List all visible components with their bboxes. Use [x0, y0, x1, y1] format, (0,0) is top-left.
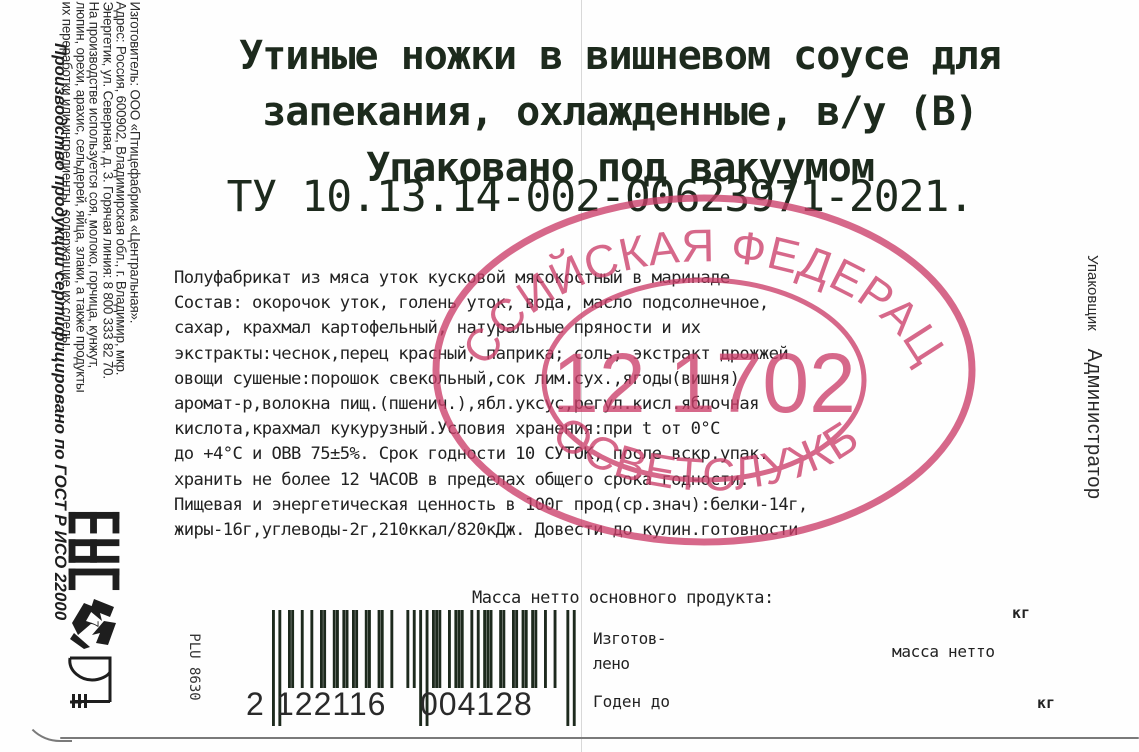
product-title: Утиные ножки в вишневом соусе для запека…: [180, 28, 1060, 196]
composition-line: жиры-16г,углеводы-2г,210ккал/820кДж. Дов…: [174, 518, 1034, 543]
barcode-left-group: 122116: [276, 686, 386, 723]
manufactured-label: Изготов- лено: [593, 626, 666, 676]
packer-info: Упаковщик Администратор: [1065, 255, 1105, 585]
best-before-label: Годен до: [593, 692, 670, 711]
composition-text: Полуфабрикат из мяса уток кусковой мясок…: [174, 266, 1034, 543]
net-weight-unit: кг: [1037, 694, 1055, 712]
barcode-right-group: 004128: [420, 686, 533, 723]
manufacturer-line: Изготовитель: ООО «Птицефабрика «Централ…: [128, 2, 142, 562]
title-line: запекания, охлажденные, в/у (В): [180, 84, 1060, 140]
packer-name: Администратор: [1082, 349, 1105, 500]
svg-text:7: 7: [87, 621, 101, 628]
manufactured-label-line: лено: [593, 651, 666, 676]
title-line: Утиные ножки в вишневом соусе для: [180, 28, 1060, 84]
recycle-icon: 7: [64, 593, 124, 653]
plu-code: PLU 8630: [184, 622, 202, 712]
net-weight-label: масса нетто: [892, 642, 995, 661]
manufacturer-line: Энергетик, ул. Северная, д. 3. Горячая л…: [101, 2, 115, 562]
label-bottom-edge: [60, 737, 1139, 739]
composition-line: экстракты:чеснок,перец красный, паприка;…: [174, 342, 1034, 367]
composition-line: кислота,крахмал кукурузный.Условия хране…: [174, 417, 1034, 442]
manufactured-label-line: Изготов-: [593, 626, 666, 651]
barcode-first-digit: 2: [246, 686, 265, 723]
product-label: Изготовитель: ООО «Птицефабрика «Централ…: [0, 0, 1139, 752]
composition-line: Полуфабрикат из мяса уток кусковой мясок…: [174, 266, 1034, 291]
eac-mark-icon: [64, 510, 124, 592]
packer-label: Упаковщик: [1084, 255, 1101, 331]
composition-line: аромат-р,волокна пищ.(пшенич.),ябл.уксус…: [174, 392, 1034, 417]
barcode: 2 122116 004128: [246, 608, 576, 728]
composition-line: до +4°C и ОВВ 75±5%. Срок годности 10 СУ…: [174, 442, 1034, 467]
composition-line: Состав: окорочок уток, голень уток, вода…: [174, 291, 1034, 316]
technical-spec: ТУ 10.13.14-002-00623971-2021.: [190, 172, 1010, 222]
manufacturer-column: Изготовитель: ООО «Птицефабрика «Централ…: [0, 0, 170, 752]
manufacturer-line: На производстве используется соя, молоко…: [87, 2, 101, 562]
composition-line: хранить не более 12 ЧАСОВ в пределах общ…: [174, 468, 1034, 493]
manufacturer-line: Адрес: Россия, 600902, Владимирская обл.…: [114, 2, 128, 562]
net-weight-main-unit: кг: [1012, 604, 1030, 622]
manufacturer-info: Изготовитель: ООО «Птицефабрика «Централ…: [27, 2, 142, 562]
manufacturer-line: люпин, орехи, арахис, сельдерей, яйца, з…: [74, 2, 88, 562]
net-weight-main-label: Масса нетто основного продукта:: [472, 588, 774, 608]
composition-line: овощи сушеные:порошок свекольный,сок лим…: [174, 367, 1034, 392]
composition-line: Пищевая и энергетическая ценность в 100г…: [174, 493, 1034, 518]
food-safe-icon: [64, 650, 124, 712]
composition-line: сахар, крахмал картофельный, натуральные…: [174, 316, 1034, 341]
